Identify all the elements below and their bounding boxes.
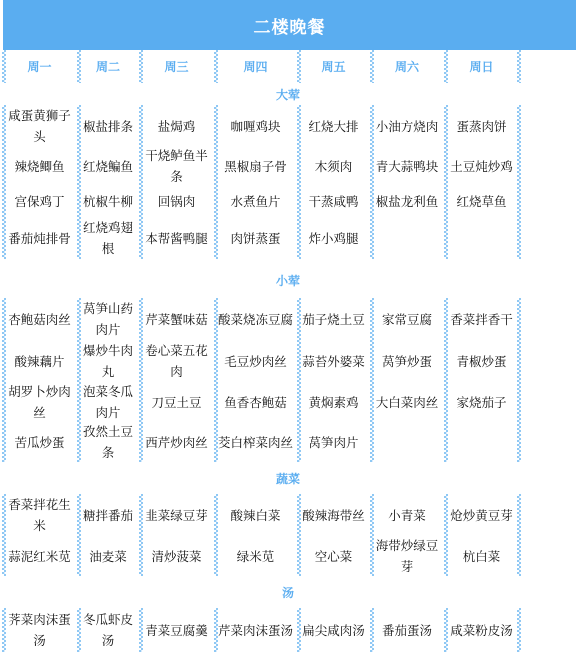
column-divider bbox=[444, 50, 448, 83]
column-divider bbox=[2, 50, 6, 83]
column-divider bbox=[214, 298, 218, 462]
weekday-header-row: 周一周二周三周四周五周六周日 bbox=[2, 50, 576, 83]
day-column-fri: 红烧大排木须肉干蒸咸鸭炸小鸡腿 bbox=[297, 105, 370, 259]
dish-item: 杭白菜 bbox=[444, 536, 519, 576]
dish-item: 芹菜肉沫蛋汤 bbox=[214, 608, 297, 652]
dish-item: 宫保鸡丁 bbox=[2, 185, 77, 217]
dish-item: 刀豆土豆 bbox=[139, 382, 214, 422]
day-label: 周一 bbox=[27, 58, 51, 75]
dish-item: 扁尖咸肉汤 bbox=[297, 608, 370, 652]
section-grid: 咸蛋黄狮子头辣烧鲫鱼宫保鸡丁番茄炖排骨椒盐排条红烧鳊鱼杭椒牛柳红烧鸡翅根盐焗鸡干… bbox=[2, 105, 576, 259]
dish-item: 蒜苔外婆菜 bbox=[297, 340, 370, 382]
dish-item: 本帮酱鸭腿 bbox=[139, 217, 214, 259]
column-divider bbox=[370, 105, 374, 259]
day-column-thu: 酸菜烧冻豆腐毛豆炒肉丝鱼香杏鲍菇茭白榨菜肉丝 bbox=[214, 298, 297, 462]
column-divider bbox=[517, 50, 521, 83]
dish-item: 鱼香杏鲍菇 bbox=[214, 382, 297, 422]
dish-item: 莴笋炒蛋 bbox=[370, 340, 444, 382]
day-column-sat: 小油方烧肉青大蒜鸭块椒盐龙利鱼 bbox=[370, 105, 444, 259]
dish-item: 孜然土豆条 bbox=[77, 422, 139, 462]
dish-item: 杭椒牛柳 bbox=[77, 185, 139, 217]
dish-item: 青椒炒蛋 bbox=[444, 340, 519, 382]
column-divider bbox=[139, 50, 143, 83]
column-divider bbox=[370, 608, 374, 652]
menu-title-banner: 二楼晚餐 bbox=[3, 0, 576, 50]
day-header-wed: 周三 bbox=[139, 50, 214, 83]
column-divider bbox=[139, 105, 143, 259]
dish-item: 咸菜粉皮汤 bbox=[444, 608, 519, 652]
dish-item: 芹菜蟹味菇 bbox=[139, 298, 214, 340]
dish-item: 家常豆腐 bbox=[370, 298, 444, 340]
column-divider bbox=[517, 494, 521, 576]
dish-item: 黄焖素鸡 bbox=[297, 382, 370, 422]
day-column-mon: 咸蛋黄狮子头辣烧鲫鱼宫保鸡丁番茄炖排骨 bbox=[2, 105, 77, 259]
dish-item: 莴笋山药肉片 bbox=[77, 298, 139, 340]
dish-item: 茄子烧土豆 bbox=[297, 298, 370, 340]
dish-item: 清炒菠菜 bbox=[139, 536, 214, 576]
dish-item: 肉饼蒸蛋 bbox=[214, 217, 297, 259]
column-divider bbox=[444, 105, 448, 259]
dish-item: 辣烧鲫鱼 bbox=[2, 147, 77, 185]
dish-item: 苦瓜炒蛋 bbox=[2, 422, 77, 462]
day-header-fri: 周五 bbox=[297, 50, 370, 83]
day-column-tue: 冬瓜虾皮汤 bbox=[77, 608, 139, 652]
dish-item: 番茄蛋汤 bbox=[370, 608, 444, 652]
column-divider bbox=[214, 105, 218, 259]
column-divider bbox=[297, 105, 301, 259]
dish-item: 大白菜肉丝 bbox=[370, 382, 444, 422]
dish-item: 咸蛋黄狮子头 bbox=[2, 105, 77, 147]
column-divider bbox=[444, 298, 448, 462]
dish-item: 红烧大排 bbox=[297, 105, 370, 147]
dish-item: 绿米苋 bbox=[214, 536, 297, 576]
section-title: 蔬菜 bbox=[0, 470, 576, 487]
section-grid: 荠菜肉沫蛋汤冬瓜虾皮汤青菜豆腐羹芹菜肉沫蛋汤扁尖咸肉汤番茄蛋汤咸菜粉皮汤 bbox=[2, 608, 576, 652]
column-divider bbox=[214, 50, 218, 83]
day-label: 周二 bbox=[96, 58, 120, 75]
dish-item: 香菜拌花生米 bbox=[2, 494, 77, 536]
day-header-mon: 周一 bbox=[2, 50, 77, 83]
dish-item bbox=[444, 422, 519, 462]
dish-item: 红烧鸡翅根 bbox=[77, 217, 139, 259]
column-divider bbox=[517, 298, 521, 462]
dish-item: 油麦菜 bbox=[77, 536, 139, 576]
column-divider bbox=[139, 494, 143, 576]
dish-item: 黑椒扇子骨 bbox=[214, 147, 297, 185]
dish-item: 空心菜 bbox=[297, 536, 370, 576]
dish-item: 红烧草鱼 bbox=[444, 185, 519, 217]
day-header-tue: 周二 bbox=[77, 50, 139, 83]
dish-item: 土豆炖炒鸡 bbox=[444, 147, 519, 185]
dish-item: 卷心菜五花肉 bbox=[139, 340, 214, 382]
dish-item: 家烧茄子 bbox=[444, 382, 519, 422]
column-divider bbox=[297, 608, 301, 652]
column-divider bbox=[517, 608, 521, 652]
dish-item: 泡菜冬瓜肉片 bbox=[77, 382, 139, 422]
dish-item: 小油方烧肉 bbox=[370, 105, 444, 147]
day-column-wed: 盐焗鸡干烧鲈鱼半条回锅肉本帮酱鸭腿 bbox=[139, 105, 214, 259]
dish-item: 小青菜 bbox=[370, 494, 444, 536]
dish-item bbox=[444, 217, 519, 259]
day-column-sat: 番茄蛋汤 bbox=[370, 608, 444, 652]
dish-item: 椒盐龙利鱼 bbox=[370, 185, 444, 217]
dish-item: 干蒸咸鸭 bbox=[297, 185, 370, 217]
column-divider bbox=[2, 608, 6, 652]
day-column-sun: 香菜拌香干青椒炒蛋家烧茄子 bbox=[444, 298, 519, 462]
day-label: 周三 bbox=[164, 58, 188, 75]
section-grid: 杏鲍菇肉丝酸辣藕片胡罗卜炒肉丝苦瓜炒蛋莴笋山药肉片爆炒牛肉丸泡菜冬瓜肉片孜然土豆… bbox=[2, 298, 576, 462]
day-label: 周五 bbox=[321, 58, 345, 75]
column-divider bbox=[77, 494, 81, 576]
day-column-thu: 酸辣白菜绿米苋 bbox=[214, 494, 297, 576]
day-header-sat: 周六 bbox=[370, 50, 444, 83]
dish-item: 木须肉 bbox=[297, 147, 370, 185]
dish-item: 香菜拌香干 bbox=[444, 298, 519, 340]
day-column-tue: 椒盐排条红烧鳊鱼杭椒牛柳红烧鸡翅根 bbox=[77, 105, 139, 259]
dish-item: 青菜豆腐羹 bbox=[139, 608, 214, 652]
dish-item: 蛋蒸肉饼 bbox=[444, 105, 519, 147]
dish-item: 西芹炒肉丝 bbox=[139, 422, 214, 462]
column-divider bbox=[77, 105, 81, 259]
dish-item: 水煮鱼片 bbox=[214, 185, 297, 217]
dish-item: 青大蒜鸭块 bbox=[370, 147, 444, 185]
day-column-mon: 香菜拌花生米蒜泥红米苋 bbox=[2, 494, 77, 576]
dish-item: 海带炒绿豆芽 bbox=[370, 536, 444, 576]
column-divider bbox=[517, 105, 521, 259]
dish-item: 炸小鸡腿 bbox=[297, 217, 370, 259]
dish-item: 荠菜肉沫蛋汤 bbox=[2, 608, 77, 652]
column-divider bbox=[297, 50, 301, 83]
day-header-sun: 周日 bbox=[444, 50, 519, 83]
day-column-wed: 韭菜绿豆芽清炒菠菜 bbox=[139, 494, 214, 576]
day-column-fri: 酸辣海带丝空心菜 bbox=[297, 494, 370, 576]
dish-item bbox=[370, 422, 444, 462]
column-divider bbox=[214, 494, 218, 576]
dish-item: 咖喱鸡块 bbox=[214, 105, 297, 147]
column-divider bbox=[139, 298, 143, 462]
dish-item: 干烧鲈鱼半条 bbox=[139, 147, 214, 185]
column-divider bbox=[444, 494, 448, 576]
day-column-thu: 咖喱鸡块黑椒扇子骨水煮鱼片肉饼蒸蛋 bbox=[214, 105, 297, 259]
column-divider bbox=[77, 50, 81, 83]
day-column-thu: 芹菜肉沫蛋汤 bbox=[214, 608, 297, 652]
section-title: 汤 bbox=[0, 584, 576, 601]
column-divider bbox=[214, 608, 218, 652]
column-divider bbox=[77, 608, 81, 652]
column-divider bbox=[139, 608, 143, 652]
column-divider bbox=[370, 494, 374, 576]
day-label: 周六 bbox=[395, 58, 419, 75]
dish-item: 椒盐排条 bbox=[77, 105, 139, 147]
dish-item: 胡罗卜炒肉丝 bbox=[2, 382, 77, 422]
day-column-fri: 茄子烧土豆蒜苔外婆菜黄焖素鸡莴笋肉片 bbox=[297, 298, 370, 462]
day-column-wed: 芹菜蟹味菇卷心菜五花肉刀豆土豆西芹炒肉丝 bbox=[139, 298, 214, 462]
section-title: 小荤 bbox=[0, 272, 576, 289]
dish-item: 韭菜绿豆芽 bbox=[139, 494, 214, 536]
dish-item: 炝炒黄豆芽 bbox=[444, 494, 519, 536]
day-column-sun: 咸菜粉皮汤 bbox=[444, 608, 519, 652]
dish-item: 毛豆炒肉丝 bbox=[214, 340, 297, 382]
column-divider bbox=[2, 494, 6, 576]
dish-item: 红烧鳊鱼 bbox=[77, 147, 139, 185]
day-column-sat: 家常豆腐莴笋炒蛋大白菜肉丝 bbox=[370, 298, 444, 462]
dish-item: 酸辣藕片 bbox=[2, 340, 77, 382]
dish-item: 杏鲍菇肉丝 bbox=[2, 298, 77, 340]
dish-item: 番茄炖排骨 bbox=[2, 217, 77, 259]
day-column-tue: 莴笋山药肉片爆炒牛肉丸泡菜冬瓜肉片孜然土豆条 bbox=[77, 298, 139, 462]
dish-item: 酸菜烧冻豆腐 bbox=[214, 298, 297, 340]
day-header-thu: 周四 bbox=[214, 50, 297, 83]
dish-item: 冬瓜虾皮汤 bbox=[77, 608, 139, 652]
dish-item: 酸辣白菜 bbox=[214, 494, 297, 536]
section-title: 大荤 bbox=[0, 86, 576, 103]
column-divider bbox=[2, 298, 6, 462]
dish-item: 茭白榨菜肉丝 bbox=[214, 422, 297, 462]
day-column-mon: 杏鲍菇肉丝酸辣藕片胡罗卜炒肉丝苦瓜炒蛋 bbox=[2, 298, 77, 462]
day-label: 周日 bbox=[469, 58, 493, 75]
day-column-fri: 扁尖咸肉汤 bbox=[297, 608, 370, 652]
section-grid: 香菜拌花生米蒜泥红米苋糖拌番茄油麦菜韭菜绿豆芽清炒菠菜酸辣白菜绿米苋酸辣海带丝空… bbox=[2, 494, 576, 576]
column-divider bbox=[297, 494, 301, 576]
column-divider bbox=[77, 298, 81, 462]
day-column-sun: 蛋蒸肉饼土豆炖炒鸡红烧草鱼 bbox=[444, 105, 519, 259]
dish-item: 糖拌番茄 bbox=[77, 494, 139, 536]
column-divider bbox=[370, 50, 374, 83]
day-column-sun: 炝炒黄豆芽杭白菜 bbox=[444, 494, 519, 576]
column-divider bbox=[297, 298, 301, 462]
dish-item: 莴笋肉片 bbox=[297, 422, 370, 462]
dish-item: 酸辣海带丝 bbox=[297, 494, 370, 536]
menu-title: 二楼晚餐 bbox=[254, 13, 326, 38]
dish-item: 爆炒牛肉丸 bbox=[77, 340, 139, 382]
day-label: 周四 bbox=[243, 58, 267, 75]
dish-item: 盐焗鸡 bbox=[139, 105, 214, 147]
day-column-mon: 荠菜肉沫蛋汤 bbox=[2, 608, 77, 652]
column-divider bbox=[2, 105, 6, 259]
dish-item: 回锅肉 bbox=[139, 185, 214, 217]
day-column-wed: 青菜豆腐羹 bbox=[139, 608, 214, 652]
day-column-sat: 小青菜海带炒绿豆芽 bbox=[370, 494, 444, 576]
dish-item: 蒜泥红米苋 bbox=[2, 536, 77, 576]
column-divider bbox=[444, 608, 448, 652]
dish-item bbox=[370, 217, 444, 259]
day-column-tue: 糖拌番茄油麦菜 bbox=[77, 494, 139, 576]
column-divider bbox=[370, 298, 374, 462]
